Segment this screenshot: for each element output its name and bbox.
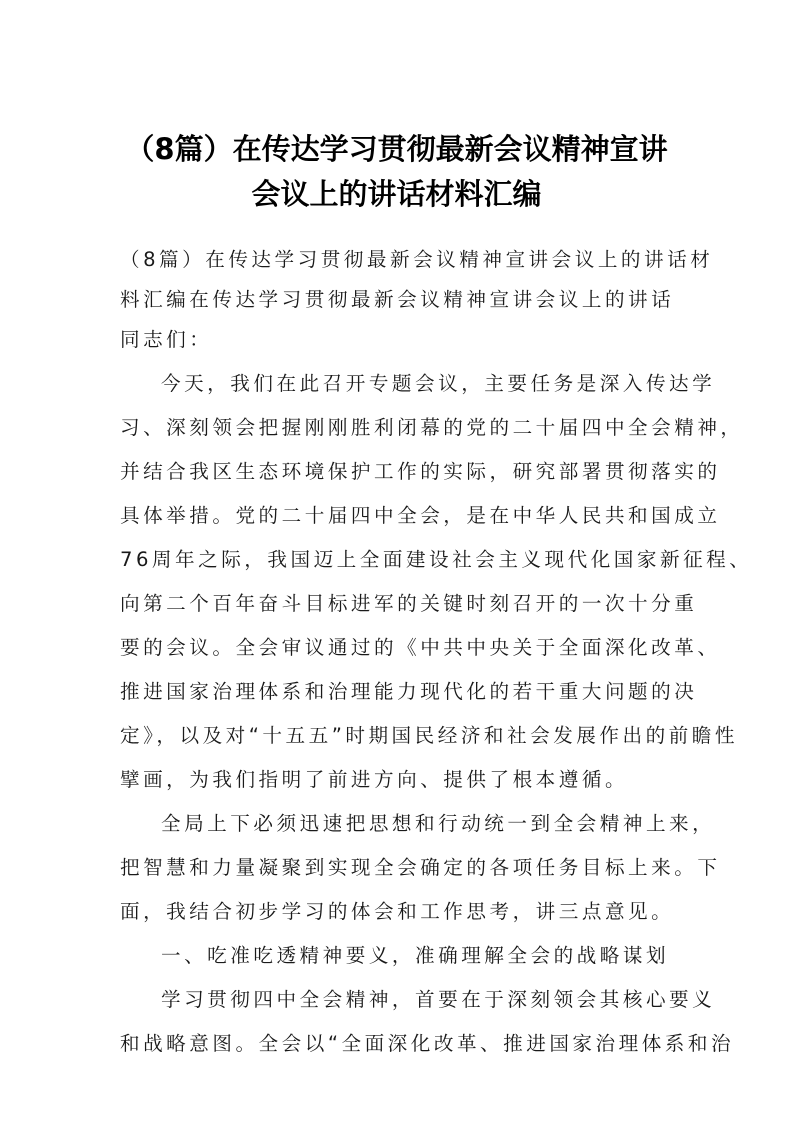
body-text-line: 学习贯彻四中全会精神，首要在于深刻领会其核心要义 (161, 987, 715, 1013)
body-text-line: 料汇编在传达学习贯彻最新会议精神宣讲会议上的讲话 (120, 287, 674, 313)
body-text-line: 同志们： (120, 327, 212, 353)
body-text-line: 习、深刻领会把握刚刚胜利闭幕的党的二十届四中全会精神， (120, 415, 744, 441)
body-text-line: 把智慧和力量凝聚到实现全会确定的各项任务目标上来。下 (120, 855, 720, 881)
body-text-line: （8篇）在传达学习贯彻最新会议精神宣讲会议上的讲话材 (120, 247, 713, 273)
body-text-line: 向第二个百年奋斗目标进军的关键时刻召开的一次十分重 (120, 591, 697, 617)
body-text-line: 全局上下必须迅速把思想和行动统一到全会精神上来， (161, 811, 715, 837)
body-text-line: 具体举措。党的二十届四中全会，是在中华人民共和国成立 (120, 503, 720, 529)
body-text-line: 要的会议。全会审议通过的《中共中央关于全面深化改革、 (120, 635, 720, 661)
body-text-line: 和战略意图。全会以“全面深化改革、推进国家治理体系和治 (120, 1031, 734, 1057)
body-text-line: 并结合我区生态环境保护工作的实际，研究部署贯彻落实的 (120, 459, 720, 485)
document-title-line-1: （8篇）在传达学习贯彻最新会议精神宣讲 (100, 127, 693, 168)
body-text-line: 一、吃准吃透精神要义，准确理解全会的战略谋划 (161, 943, 669, 969)
document-page: （8篇）在传达学习贯彻最新会议精神宣讲 会议上的讲话材料汇编 （8篇）在传达学习… (0, 0, 793, 1122)
document-title-line-2: 会议上的讲话材料汇编 (100, 172, 693, 213)
body-text-line: 今天，我们在此召开专题会议，主要任务是深入传达学 (161, 371, 715, 397)
body-text-line: 擘画，为我们指明了前进方向、提供了根本遵循。 (120, 767, 628, 793)
body-text-line: 定》，以及对“十五五”时期国民经济和社会发展作出的前瞻性 (120, 723, 738, 749)
body-text-line: 76周年之际，我国迈上全面建设社会主义现代化国家新征程、 (120, 547, 752, 573)
body-text-line: 推进国家治理体系和治理能力现代化的若干重大问题的决 (120, 679, 697, 705)
body-text-line: 面，我结合初步学习的体会和工作思考，讲三点意见。 (120, 899, 674, 925)
